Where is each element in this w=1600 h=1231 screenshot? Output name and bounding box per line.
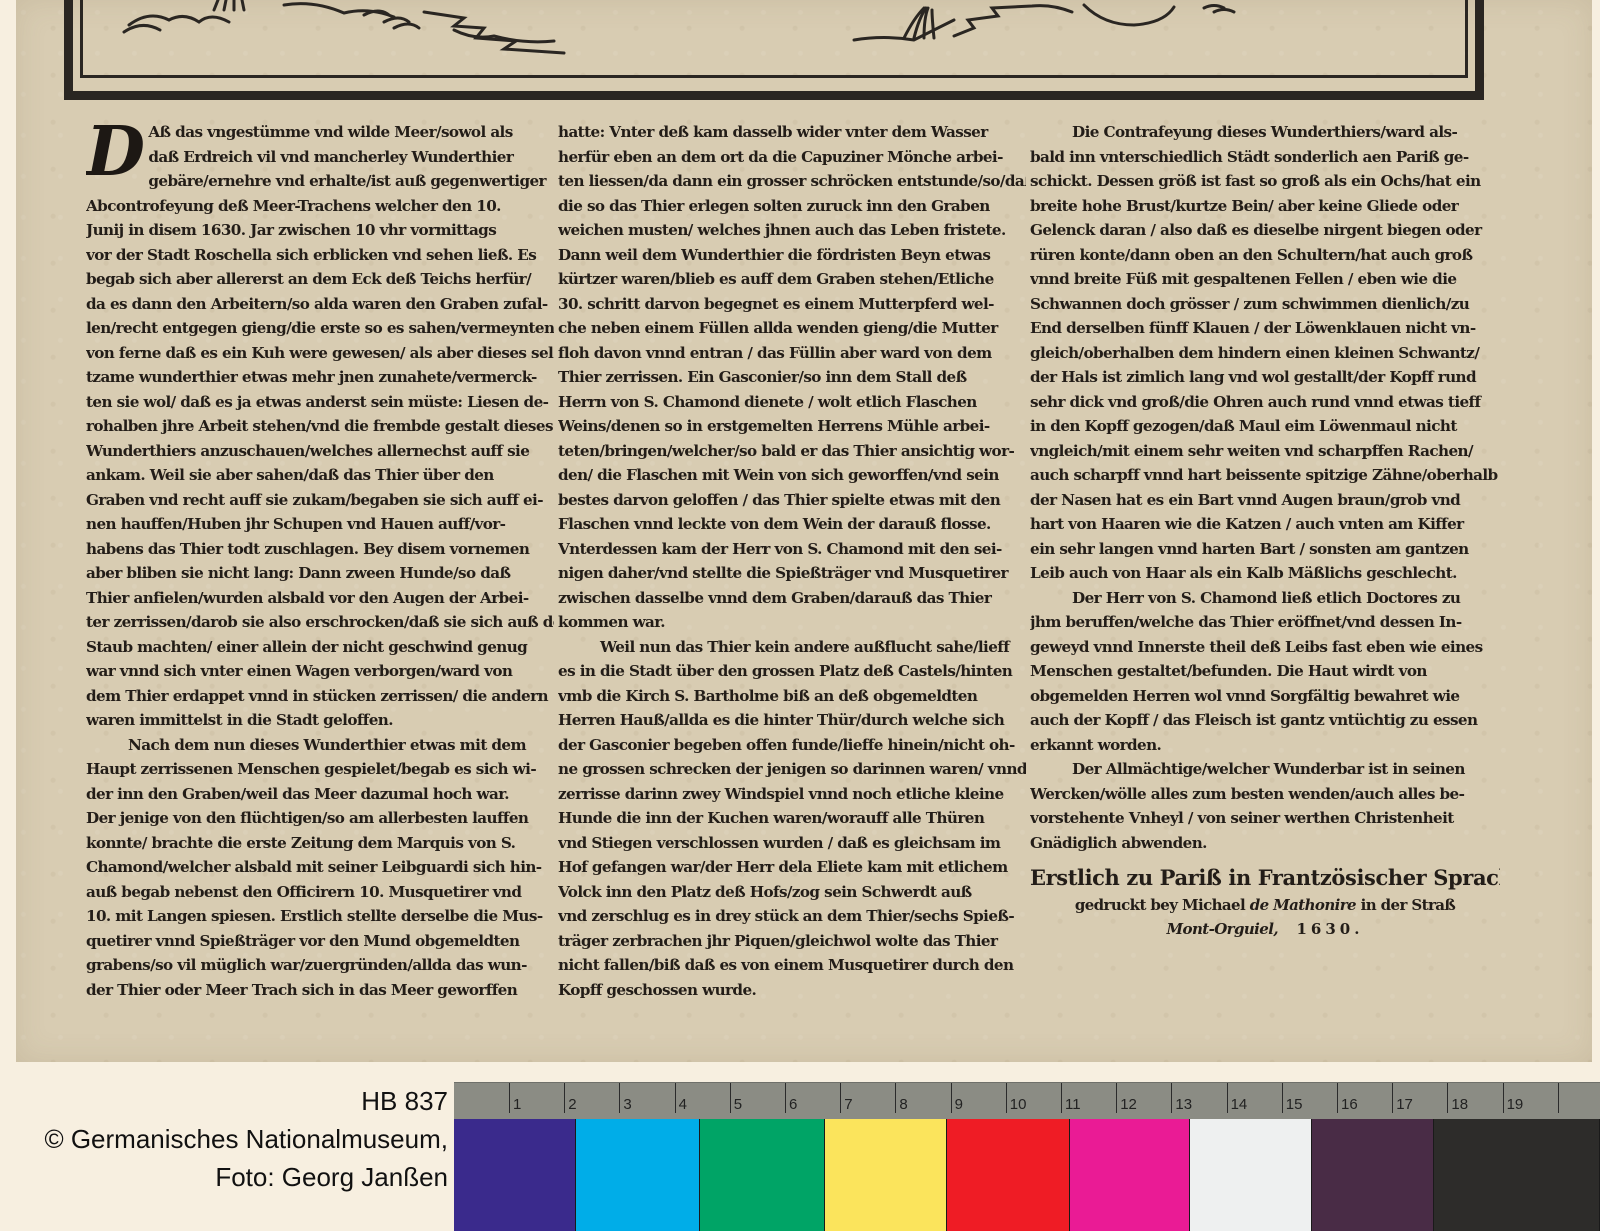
text-line: rohalben jhre Arbeit stehen/vnd die frem… — [86, 414, 554, 439]
text-line: Aß das vngestümme vnd wilde Meer/sowol a… — [86, 120, 554, 145]
text-line: tzame wunderthier etwas mehr jnen zunahe… — [86, 365, 554, 390]
text-line: vorstehente Vnheyl / von seiner werthen … — [1030, 806, 1500, 831]
text-line: dem Thier erdappet vnnd in stücken zerri… — [86, 684, 554, 709]
text-line: Nach dem nun dieses Wunderthier etwas mi… — [86, 733, 554, 758]
ruler-tick: 6 — [785, 1083, 786, 1113]
text-line: End derselben fünff Klauen / der Löwenkl… — [1030, 316, 1500, 341]
dropcap-initial: D — [86, 120, 144, 184]
text-line: geweyd vnnd Innerste theil deß Leibs fas… — [1030, 635, 1500, 660]
text-line: ein sehr langen vnnd harten Bart / sonst… — [1030, 537, 1500, 562]
ruler-tick: 19 — [1503, 1083, 1504, 1113]
text-line: Abcontrofeyung deß Meer-Trachens welcher… — [86, 194, 554, 219]
ruler-tick-label: 15 — [1286, 1096, 1303, 1113]
text-line: ter zerrissen/darob sie also erschrocken… — [86, 610, 554, 635]
text-line: hart von Haaren wie die Katzen / auch vn… — [1030, 512, 1500, 537]
text-line: nicht fallen/biß daß es von einem Musque… — [558, 953, 1026, 978]
color-calibration-target: 12345678910111213141516171819 — [454, 1082, 1600, 1231]
text-line: bald inn vnterschiedlich Städt sonderlic… — [1030, 145, 1500, 170]
ruler-tick: 3 — [619, 1083, 620, 1113]
ruler-tick: 17 — [1392, 1083, 1393, 1113]
text-line: weichen musten/ welches jhnen auch das L… — [558, 218, 1026, 243]
text-line: Gelenck daran / also daß es dieselbe nir… — [1030, 218, 1500, 243]
ruler-tick: 5 — [730, 1083, 731, 1113]
ruler-tick: 10 — [1006, 1083, 1007, 1113]
text-line: waren immittelst in die Stadt geloffen. — [86, 708, 554, 733]
text-line: teten/bringen/welcher/so bald er das Thi… — [558, 439, 1026, 464]
ruler-tick-label: 11 — [1065, 1096, 1081, 1113]
column-3-lines: Die Contrafeyung dieses Wunderthiers/war… — [1030, 120, 1500, 855]
imprint-year: 1630. — [1296, 920, 1363, 938]
text-line: jhm beruffen/welche das Thier eröffnet/v… — [1030, 610, 1500, 635]
text-line: gleich/oberhalben dem hindern einen klei… — [1030, 341, 1500, 366]
text-line: auß begab nebenst den Officirern 10. Mus… — [86, 880, 554, 905]
text-line: vnnd breite Füß mit gespaltenen Fellen /… — [1030, 267, 1500, 292]
ruler-tick-label: 7 — [844, 1096, 852, 1113]
text-line: kommen war. — [558, 610, 1026, 635]
text-line: da es dann den Arbeitern/so alda waren d… — [86, 292, 554, 317]
text-line: die so das Thier erlegen solten zuruck i… — [558, 194, 1026, 219]
imprint-line-1: Erstlich zu Pariß in Frantzösischer Spra… — [1030, 863, 1500, 893]
text-line: konnte/ brachte die erste Zeitung dem Ma… — [86, 831, 554, 856]
text-line: der inn den Graben/weil das Meer dazumal… — [86, 782, 554, 807]
text-line: Kopff geschossen wurde. — [558, 978, 1026, 1003]
text-line: Haupt zerrissenen Menschen gespielet/beg… — [86, 757, 554, 782]
text-line: zwischen dasselbe vnnd dem Graben/darauß… — [558, 586, 1026, 611]
photo-caption: HB 837 © Germanisches Nationalmuseum, Fo… — [0, 1082, 448, 1196]
text-line: vnd zerschlug es in drey stück an dem Th… — [558, 904, 1026, 929]
text-line: der Nasen hat es ein Bart vnnd Augen bra… — [1030, 488, 1500, 513]
ruler-tick-label: 6 — [789, 1096, 797, 1113]
ruler-tick-end — [1558, 1083, 1559, 1113]
ruler-tick-label: 8 — [899, 1096, 907, 1113]
text-line: aber bliben sie nicht lang: Dann zween H… — [86, 561, 554, 586]
text-line: Der Allmächtige/welcher Wunderbar ist in… — [1030, 757, 1500, 782]
text-line: Staub machten/ einer allein der nicht ge… — [86, 635, 554, 660]
text-line: vor der Stadt Roschella sich erblicken v… — [86, 243, 554, 268]
text-line: erkannt worden. — [1030, 733, 1500, 758]
imprint-line-2: gedruckt bey Michael de Mathonire in der… — [1030, 893, 1500, 917]
color-patch-red — [947, 1119, 1070, 1231]
column-2-lines: hatte: Vnter deß kam dasselb wider vnter… — [558, 120, 1026, 1002]
text-line: len/recht entgegen gieng/die erste so es… — [86, 316, 554, 341]
copyright-line: © Germanisches Nationalmuseum, — [0, 1120, 448, 1158]
text-line: den/ die Flaschen mit Wein von sich gewo… — [558, 463, 1026, 488]
text-line: breite hohe Brust/kurtze Bein/ aber kein… — [1030, 194, 1500, 219]
text-line: Thier anfielen/wurden alsbald vor den Au… — [86, 586, 554, 611]
color-patch-yellow — [825, 1119, 947, 1231]
text-line: zerrisse darinn zwey Windspiel vnnd noch… — [558, 782, 1026, 807]
text-line: Wunderthiers anzuschauen/welches allerne… — [86, 439, 554, 464]
text-line: Dann weil dem Wunderthier die fördristen… — [558, 243, 1026, 268]
imprint-line-3: Mont-Orguiel, 1630. — [1030, 917, 1500, 941]
ruler-tick: 11 — [1061, 1083, 1062, 1113]
photographer-credit: Foto: Georg Janßen — [0, 1158, 448, 1196]
color-patch-magenta — [1070, 1119, 1190, 1231]
text-line: vngleich/mit einem sehr weiten vnd schar… — [1030, 439, 1500, 464]
text-line: in den Kopff gezogen/daß Maul eim Löwenm… — [1030, 414, 1500, 439]
color-patch-dark-purple — [1312, 1119, 1434, 1231]
ruler-tick-label: 14 — [1231, 1096, 1248, 1113]
ruler-tick-label: 18 — [1451, 1096, 1468, 1113]
text-line: 10. mit Langen spiesen. Erstlich stellte… — [86, 904, 554, 929]
ruler-tick-label: 17 — [1396, 1096, 1413, 1113]
text-line: begab sich aber allererst an dem Eck deß… — [86, 267, 554, 292]
text-line: 30. schritt darvon begegnet es einem Mut… — [558, 292, 1026, 317]
inventory-number: HB 837 — [0, 1082, 448, 1120]
text-line: ten sie wol/ daß es ja etwas anderst sei… — [86, 390, 554, 415]
column-1-lines: Aß das vngestümme vnd wilde Meer/sowol a… — [86, 120, 554, 1002]
ruler-tick: 12 — [1116, 1083, 1117, 1113]
ruler-tick-label: 13 — [1175, 1096, 1192, 1113]
text-line: Volck inn den Platz deß Hofs/zog sein Sc… — [558, 880, 1026, 905]
imprint-printer-name: de Mathonire — [1250, 896, 1356, 914]
woodcut-landscape-illustration — [84, 0, 1464, 80]
ruler-tick-label: 5 — [734, 1096, 742, 1113]
text-line: Graben vnd recht auff sie zukam/begaben … — [86, 488, 554, 513]
text-line: Herrn von S. Chamond dienete / wolt etli… — [558, 390, 1026, 415]
text-line: es in die Stadt über den grossen Platz d… — [558, 659, 1026, 684]
woodcut-frame — [64, 0, 1484, 100]
ruler-tick-label: 19 — [1507, 1096, 1524, 1113]
text-line: rüren konte/dann oben an den Schultern/h… — [1030, 243, 1500, 268]
text-line: Wercken/wölle alles zum besten wenden/au… — [1030, 782, 1500, 807]
text-line: Der jenige von den flüchtigen/so am alle… — [86, 806, 554, 831]
text-line: sehr dick vnd groß/die Ohren auch rund v… — [1030, 390, 1500, 415]
text-line: Chamond/welcher alsbald mit seiner Leibg… — [86, 855, 554, 880]
text-line: Hunde die inn der Kuchen waren/worauff a… — [558, 806, 1026, 831]
text-line: herfür eben an dem ort da die Capuziner … — [558, 145, 1026, 170]
text-line: ankam. Weil sie aber sahen/daß das Thier… — [86, 463, 554, 488]
text-line: hatte: Vnter deß kam dasselb wider vnter… — [558, 120, 1026, 145]
ruler-tick: 1 — [509, 1083, 510, 1113]
imprint-printer-prefix: gedruckt bey Michael — [1075, 896, 1250, 914]
text-line: der Hals ist zimlich lang vnd wol gestal… — [1030, 365, 1500, 390]
text-line: war vnnd sich vnter einen Wagen verborge… — [86, 659, 554, 684]
text-line: auch scharpff vnnd hart beissente spitzi… — [1030, 463, 1500, 488]
text-line: Thier zerrissen. Ein Gasconier/so inn de… — [558, 365, 1026, 390]
text-column-1: D Aß das vngestümme vnd wilde Meer/sowol… — [86, 120, 554, 1002]
ruler-tick-label: 1 — [513, 1096, 521, 1113]
ruler-tick: 16 — [1337, 1083, 1338, 1113]
color-patch-violet — [454, 1119, 576, 1231]
text-line: der Gasconier begeben offen funde/lieffe… — [558, 733, 1026, 758]
text-line: auch der Kopff / das Fleisch ist gantz v… — [1030, 708, 1500, 733]
text-line: Flaschen vnnd leckte von dem Wein der da… — [558, 512, 1026, 537]
color-patch-white — [1190, 1119, 1312, 1231]
text-line: Weins/denen so in erstgemelten Herrens M… — [558, 414, 1026, 439]
broadsheet-paper: D Aß das vngestümme vnd wilde Meer/sowol… — [16, 0, 1592, 1062]
text-line: Menschen gestaltet/befunden. Die Haut wi… — [1030, 659, 1500, 684]
text-line: che neben einem Füllen allda wenden gien… — [558, 316, 1026, 341]
imprint: Erstlich zu Pariß in Frantzösischer Spra… — [1030, 863, 1500, 941]
text-line: habens das Thier todt zuschlagen. Bey di… — [86, 537, 554, 562]
text-line: träger zerbrachen jhr Piquen/gleichwol w… — [558, 929, 1026, 954]
color-patch-green — [700, 1119, 825, 1231]
ruler-tick: 18 — [1447, 1083, 1448, 1113]
color-patch-black — [1434, 1119, 1600, 1231]
text-line: der Thier oder Meer Trach sich in das Me… — [86, 978, 554, 1003]
text-line: gebäre/ernehre vnd erhalte/ist auß gegen… — [86, 169, 554, 194]
ruler-tick: 15 — [1282, 1083, 1283, 1113]
ruler-tick: 2 — [564, 1083, 565, 1113]
ruler-tick: 13 — [1171, 1083, 1172, 1113]
text-line: Gnädiglich abwenden. — [1030, 831, 1500, 856]
centimeter-ruler: 12345678910111213141516171819 — [454, 1082, 1600, 1120]
color-patch-cyan — [576, 1119, 700, 1231]
ruler-tick: 4 — [675, 1083, 676, 1113]
text-line: schickt. Dessen größ ist fast so groß al… — [1030, 169, 1500, 194]
text-line: vmb die Kirch S. Bartholme biß an deß ob… — [558, 684, 1026, 709]
text-line: Weil nun das Thier kein andere außflucht… — [558, 635, 1026, 660]
text-line: nen hauffen/Huben jhr Schupen vnd Hauen … — [86, 512, 554, 537]
text-line: Schwannen doch grösser / zum schwimmen d… — [1030, 292, 1500, 317]
text-line: Vnterdessen kam der Herr von S. Chamond … — [558, 537, 1026, 562]
text-line: Hof gefangen war/der Herr dela Eliete ka… — [558, 855, 1026, 880]
text-line: floh davon vnnd entran / das Füllin aber… — [558, 341, 1026, 366]
ruler-tick: 14 — [1227, 1083, 1228, 1113]
text-line: daß Erdreich vil vnd mancherley Wunderth… — [86, 145, 554, 170]
text-line: nigen daher/vnd stellte die Spießträger … — [558, 561, 1026, 586]
text-line: bestes darvon geloffen / das Thier spiel… — [558, 488, 1026, 513]
ruler-tick-label: 4 — [679, 1096, 687, 1113]
text-columns: D Aß das vngestümme vnd wilde Meer/sowol… — [76, 120, 1516, 1020]
ruler-tick-label: 10 — [1010, 1096, 1027, 1113]
ruler-tick-label: 3 — [623, 1096, 631, 1113]
text-line: ne grossen schrecken der jenigen so dari… — [558, 757, 1026, 782]
text-line: Leib auch von Haar als ein Kalb Mäßlichs… — [1030, 561, 1500, 586]
imprint-street-prefix: in der Straß — [1356, 896, 1455, 914]
text-column-2: hatte: Vnter deß kam dasselb wider vnter… — [558, 120, 1026, 1002]
text-line: Die Contrafeyung dieses Wunderthiers/war… — [1030, 120, 1500, 145]
text-line: Der Herr von S. Chamond ließ etlich Doct… — [1030, 586, 1500, 611]
ruler-tick-label: 2 — [568, 1096, 576, 1113]
text-line: von ferne daß es ein Kuh were gewesen/ a… — [86, 341, 554, 366]
text-line: ten liessen/da dann ein grosser schröcke… — [558, 169, 1026, 194]
ruler-tick-label: 9 — [955, 1096, 963, 1113]
ruler-tick-label: 16 — [1341, 1096, 1358, 1113]
ruler-tick: 8 — [895, 1083, 896, 1113]
ruler-tick: 7 — [840, 1083, 841, 1113]
color-patches — [454, 1119, 1600, 1231]
text-line: vnd Stiegen verschlossen wurden / daß es… — [558, 831, 1026, 856]
text-line: obgemelden Herren wol vnnd Sorgfältig be… — [1030, 684, 1500, 709]
text-line: kürtzer waren/blieb es auff dem Graben s… — [558, 267, 1026, 292]
text-line: quetirer vnnd Spießträger vor den Mund o… — [86, 929, 554, 954]
text-column-3: Die Contrafeyung dieses Wunderthiers/war… — [1030, 120, 1500, 941]
ruler-tick: 9 — [951, 1083, 952, 1113]
imprint-street-name: Mont-Orguiel, — [1167, 920, 1278, 938]
text-line: Junij in disem 1630. Jar zwischen 10 vhr… — [86, 218, 554, 243]
text-line: Herren Hauß/allda es die hinter Thür/dur… — [558, 708, 1026, 733]
ruler-tick-label: 12 — [1120, 1096, 1137, 1113]
text-line: grabens/so vil müglich war/zuergründen/a… — [86, 953, 554, 978]
